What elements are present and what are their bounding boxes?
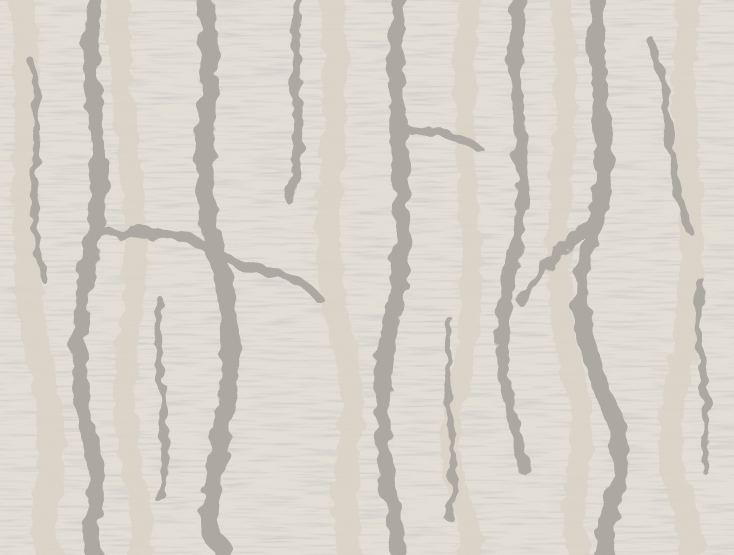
- fibre-grain: [0, 0, 734, 555]
- rug-texture-photo: Ivory and grey rug texture with raised g…: [0, 0, 734, 555]
- rug-pattern-graphic: [0, 0, 734, 555]
